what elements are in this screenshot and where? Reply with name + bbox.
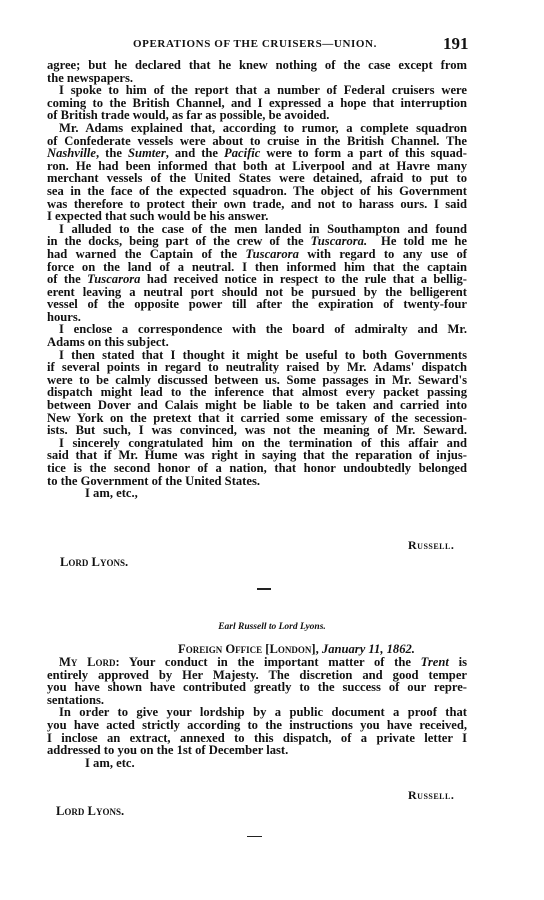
letter-heading: Earl Russell to Lord Lyons.: [0, 622, 544, 632]
addressee-name: Lord Lyons.: [56, 804, 124, 818]
text-line-italic-ship: of the Tuscarora had received notice in …: [47, 273, 467, 286]
dateline-date: January 11, 1862.: [322, 642, 415, 656]
letter-2-body: My Lord: Your conduct in the important m…: [47, 656, 467, 769]
ship-name-tuscarora: Tuscarora: [87, 272, 140, 286]
signature: Russell.: [408, 788, 454, 803]
text-line: Mr. Adams explained that, according to r…: [47, 122, 467, 135]
ship-name-tuscarora: Tuscarora: [245, 247, 298, 261]
text-line-salutation: My Lord: Your conduct in the important m…: [47, 656, 467, 669]
running-head: OPERATIONS OF THE CRUISERS—UNION.: [133, 38, 377, 50]
text-line: sea in the face of the expected squadron…: [47, 185, 467, 198]
page-number: 191: [443, 34, 469, 54]
salutation: My Lord:: [59, 655, 120, 669]
text-line-italic-ship: had warned the Captain of the Tuscarora …: [47, 248, 467, 261]
text-line: if several points in regard to neutralit…: [47, 361, 467, 374]
text-line: Adams on this subject.: [47, 336, 467, 349]
text-line: agree; but he declared that he knew noth…: [47, 59, 467, 72]
text-line: you have acted strictly according to the…: [47, 719, 467, 732]
letter-1-body: agree; but he declared that he knew noth…: [47, 59, 467, 500]
text-line: vessel of the opposite power till after …: [47, 298, 467, 311]
signature: Russell.: [408, 538, 454, 553]
ship-name-trent: Trent: [421, 655, 449, 669]
addressee: Lord Lyons.: [56, 804, 124, 819]
text-line: ists. But such, I was convinced, was not…: [47, 424, 467, 437]
text-line: addressed to you on the 1st of December …: [47, 744, 467, 757]
page-header: OPERATIONS OF THE CRUISERS—UNION. 191: [0, 34, 544, 54]
section-divider: [247, 836, 262, 837]
closing: I am, etc.: [47, 757, 467, 770]
closing: I am, etc.,: [47, 487, 467, 500]
text-line-italic-ships: Nashville, the Sumter, and the Pacific w…: [47, 147, 467, 160]
text-line: between Dover and Calais might be liable…: [47, 399, 467, 412]
addressee: Lord Lyons.: [60, 555, 128, 570]
addressee-name: Lord Lyons.: [60, 555, 128, 569]
text-line: you have shown have contributed greatly …: [47, 681, 467, 694]
text-line: tice is the second honor of a nation, th…: [47, 462, 467, 475]
dateline-place: Foreign Office [London],: [178, 642, 319, 656]
text-line: I spoke to him of the report that a numb…: [47, 84, 467, 97]
section-divider: [257, 588, 271, 590]
text-line: I expected that such would be his answer…: [47, 210, 467, 223]
